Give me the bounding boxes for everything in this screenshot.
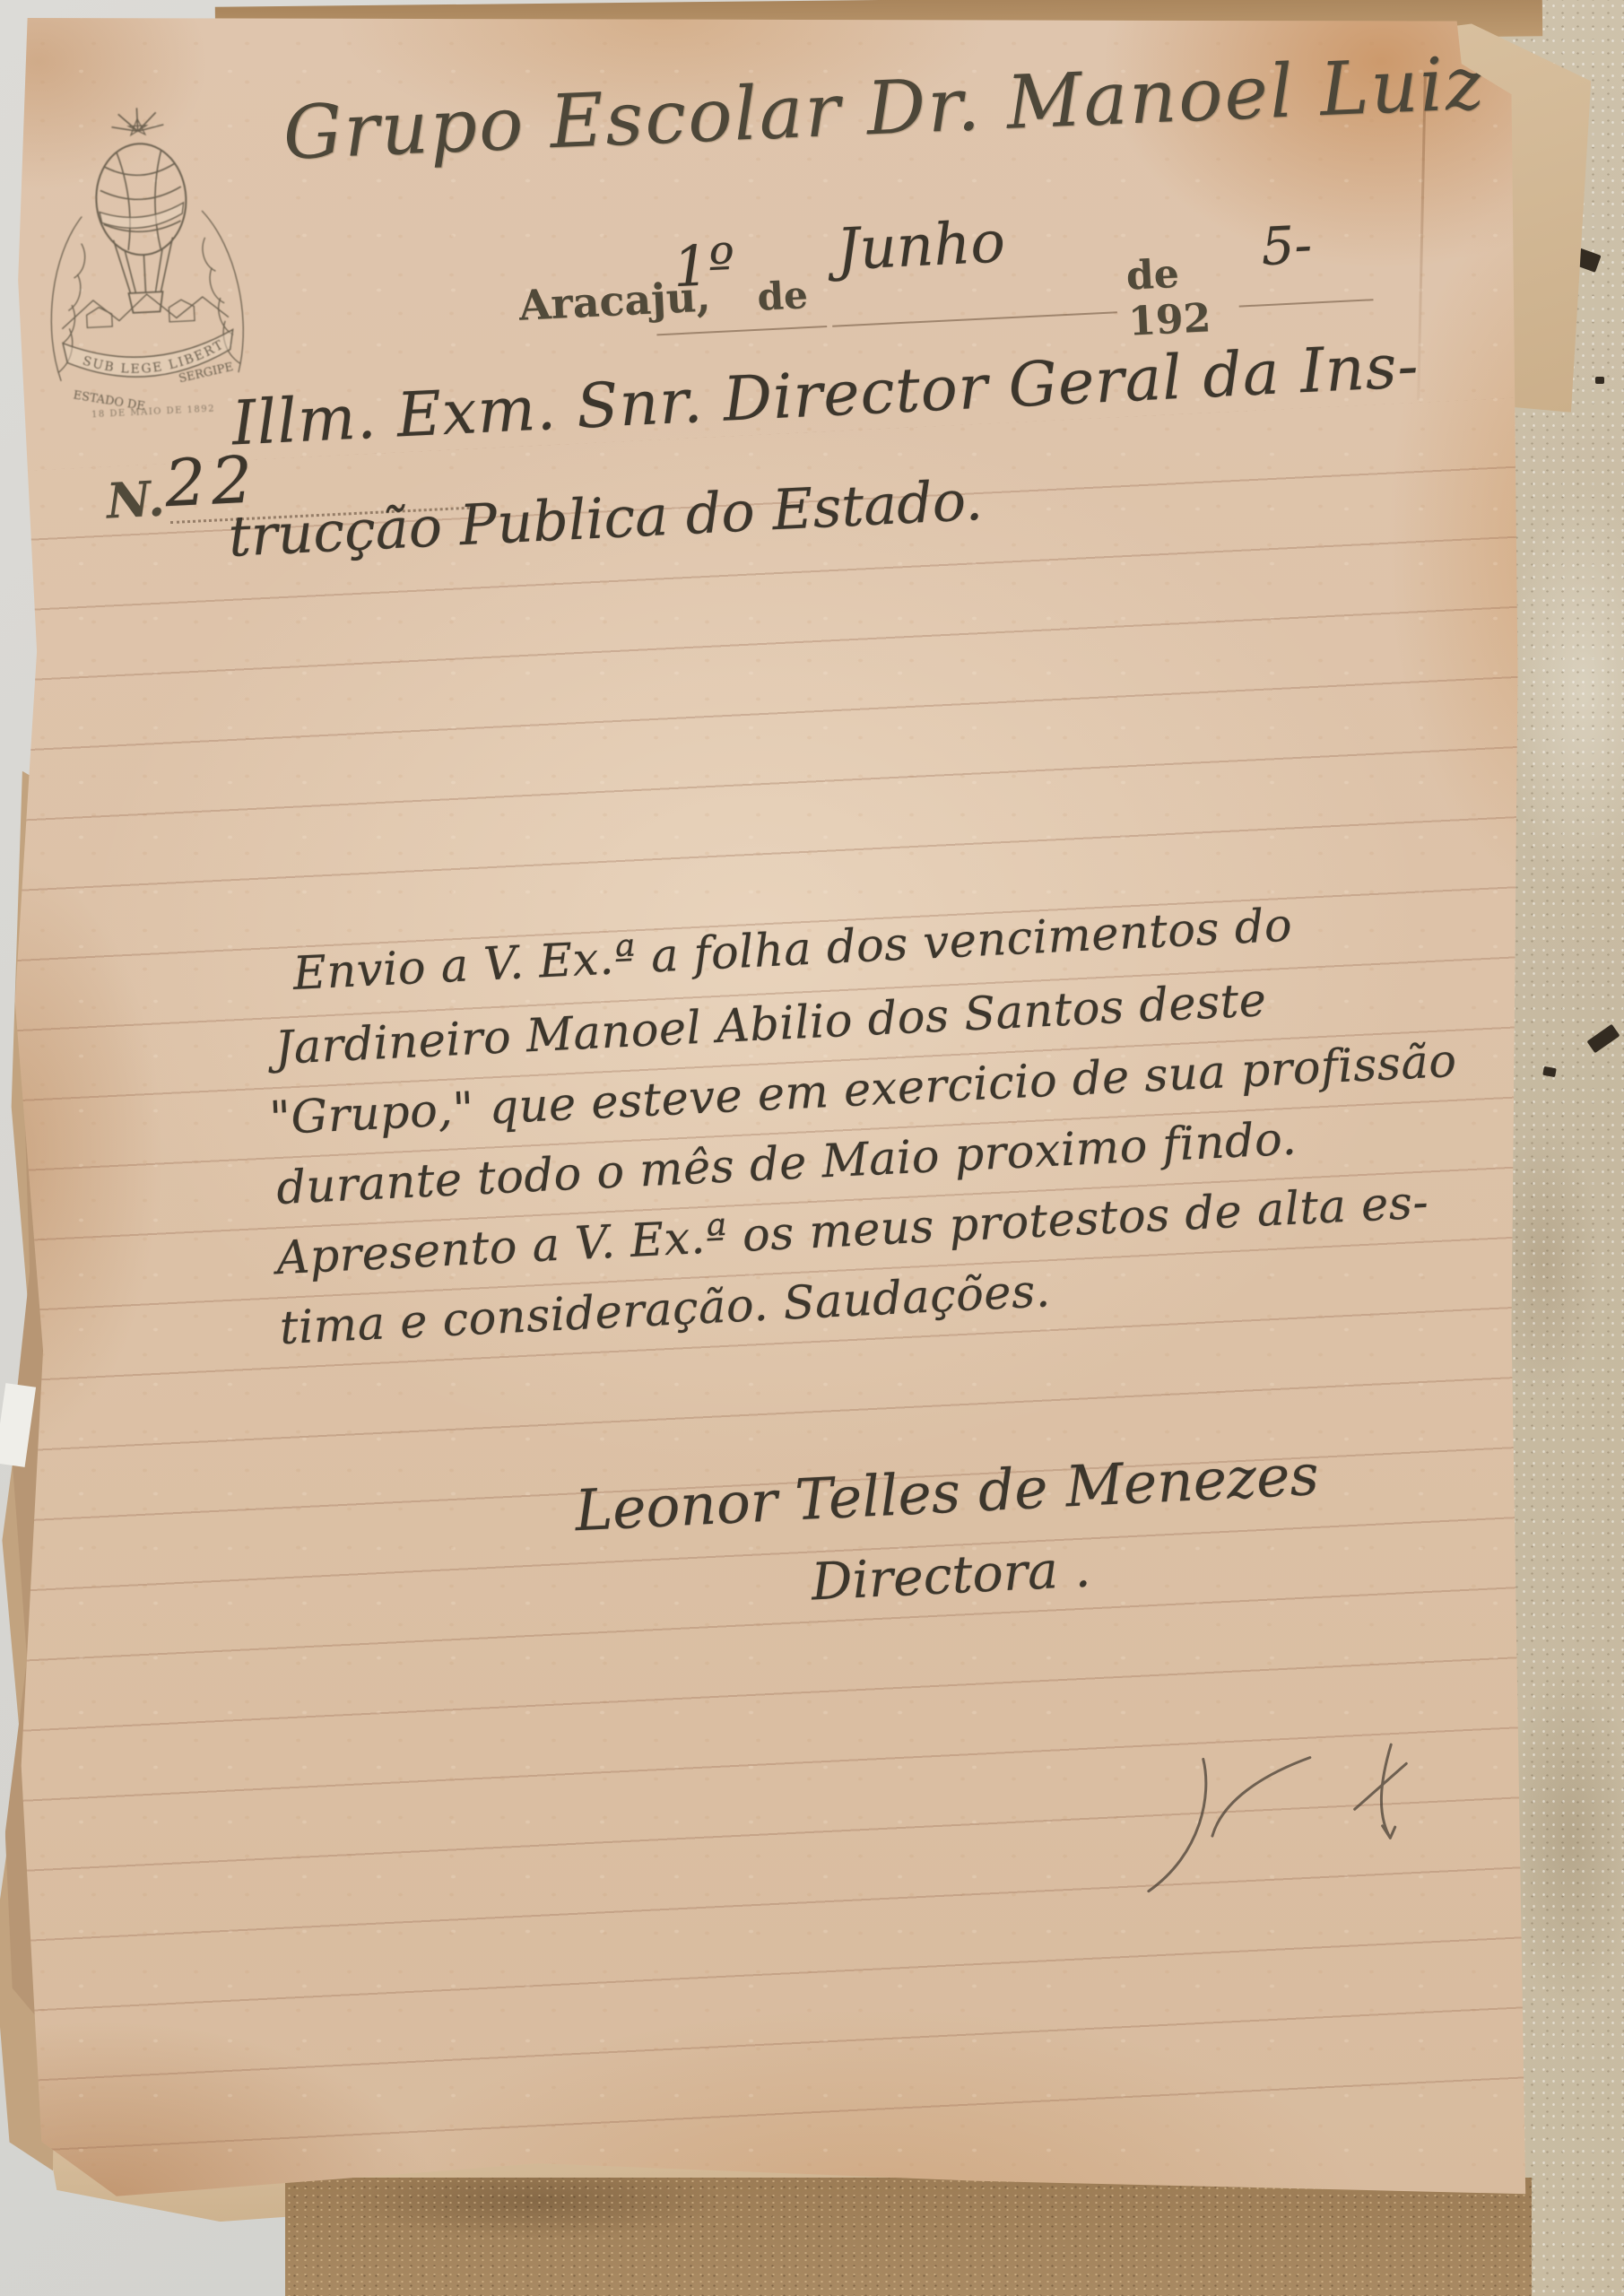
form-rule bbox=[1239, 299, 1374, 307]
sergipe-coat-of-arms: SUB LEGE LIBERTAS ESTADO DE SERGIPE 18 D… bbox=[24, 93, 264, 427]
document-number: N. 22 bbox=[105, 469, 166, 529]
board-speck bbox=[1595, 377, 1604, 384]
date-year-digit-handwritten: 5- bbox=[1260, 214, 1314, 278]
letter-sheet: SUB LEGE LIBERTAS ESTADO DE SERGIPE 18 D… bbox=[7, 18, 1569, 2203]
letterhead-title: Grupo Escolar Dr. Manoel Luiz bbox=[282, 41, 1477, 177]
date-month-handwritten: Junho bbox=[835, 209, 1006, 283]
date-day-handwritten: 1º bbox=[672, 231, 736, 300]
date-year-prefix-printed: de 192 bbox=[1125, 249, 1212, 344]
svg-text:SUB LEGE LIBERTAS: SUB LEGE LIBERTAS bbox=[24, 93, 228, 381]
form-rule bbox=[656, 326, 827, 335]
cardboard-backing bbox=[285, 2178, 1532, 2296]
photo-of-letter: SUB LEGE LIBERTAS ESTADO DE SERGIPE 18 D… bbox=[0, 0, 1624, 2296]
number-label-printed: N. bbox=[105, 469, 166, 529]
form-rule bbox=[832, 311, 1117, 327]
date-de-printed: de bbox=[756, 273, 808, 319]
letter-content: SUB LEGE LIBERTAS ESTADO DE SERGIPE 18 D… bbox=[0, 0, 1618, 2207]
cardboard-texture bbox=[285, 2178, 1532, 2296]
emblem-motto-text: SUB LEGE LIBERTAS bbox=[24, 93, 228, 381]
pencil-check-marks bbox=[1125, 1732, 1523, 1993]
